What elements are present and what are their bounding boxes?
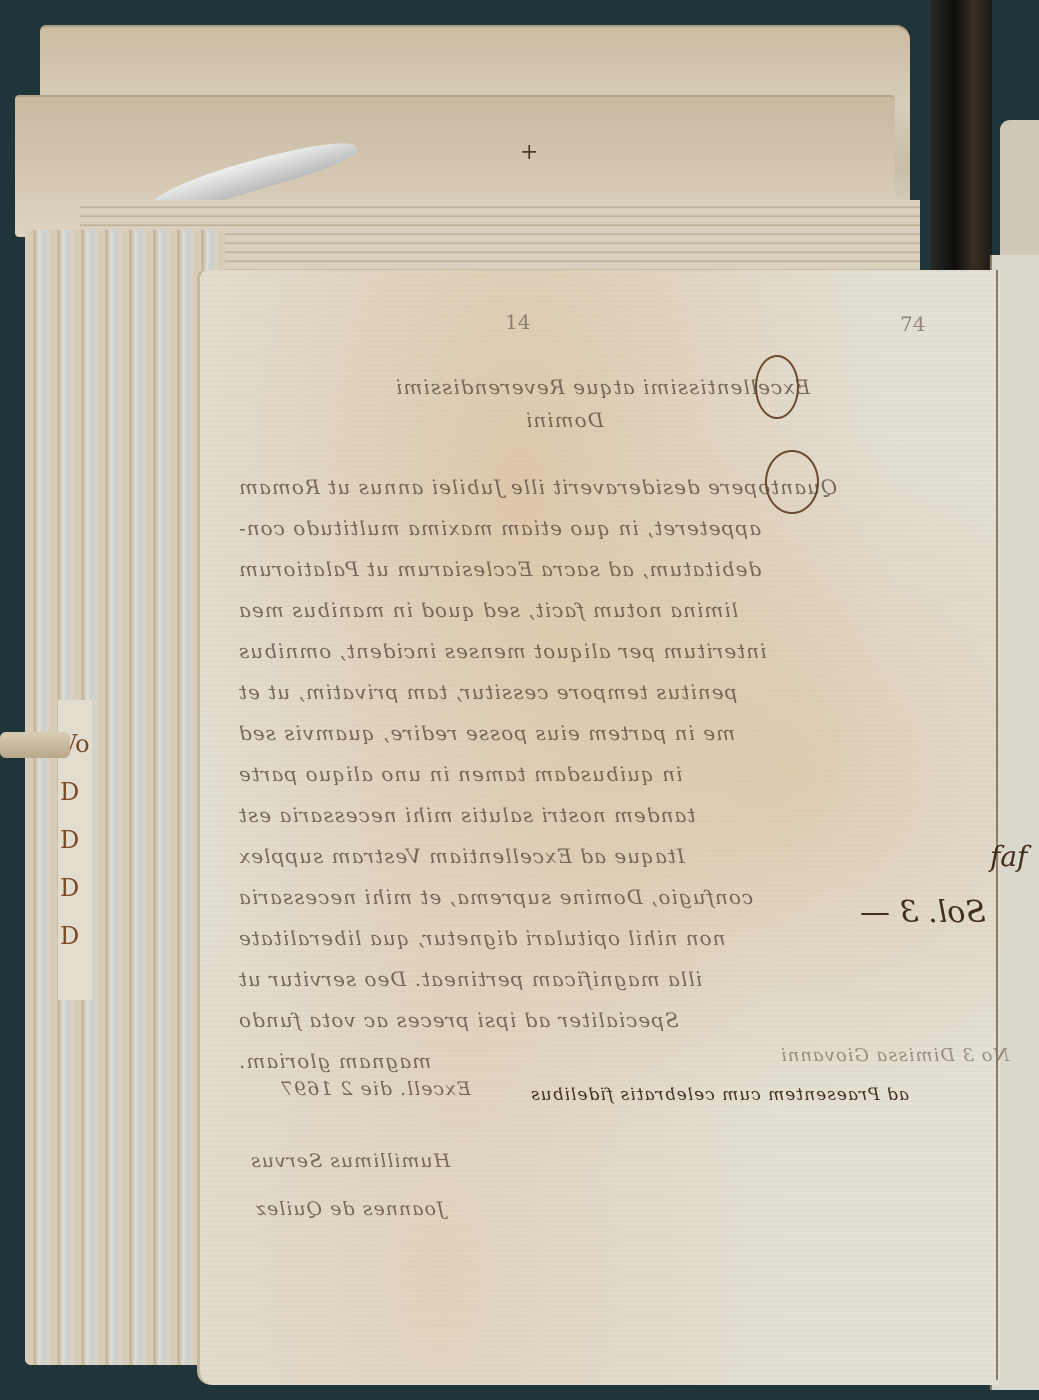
- note-line: ad Praesentem cum celebratis fidelibus: [530, 1085, 909, 1105]
- stack-mark: +: [520, 140, 538, 165]
- fanned-left-leaves: [25, 230, 225, 1365]
- torn-right-leaf: [1000, 120, 1039, 270]
- body-text: Quantopere desideraverit ille Jubilei an…: [238, 475, 798, 1090]
- margin-note-1: Sol. 3 —: [860, 895, 986, 930]
- manuscript-page: 14 74 Excellentissimi atque Reverendissi…: [200, 270, 1000, 1385]
- page-fold: [996, 270, 998, 1380]
- cloth-tie: [0, 732, 70, 758]
- note-right: No 3 Dimissa Giovanni: [780, 1045, 1009, 1066]
- folio-number-right: 74: [900, 312, 925, 336]
- heading-line-1: Excellentissimi atque Reverendissimi: [395, 375, 810, 399]
- folio-number: 14: [505, 310, 530, 334]
- signature-date: Excell. die 2 1697: [280, 1078, 471, 1100]
- margin-note-2: faf: [990, 840, 1027, 873]
- heading-line-2: Domini: [525, 408, 604, 432]
- signature-line-2: Joannes de Quilez: [255, 1198, 445, 1220]
- book-binding: [930, 0, 992, 270]
- signature-line-1: Humillimus Servus: [250, 1150, 450, 1172]
